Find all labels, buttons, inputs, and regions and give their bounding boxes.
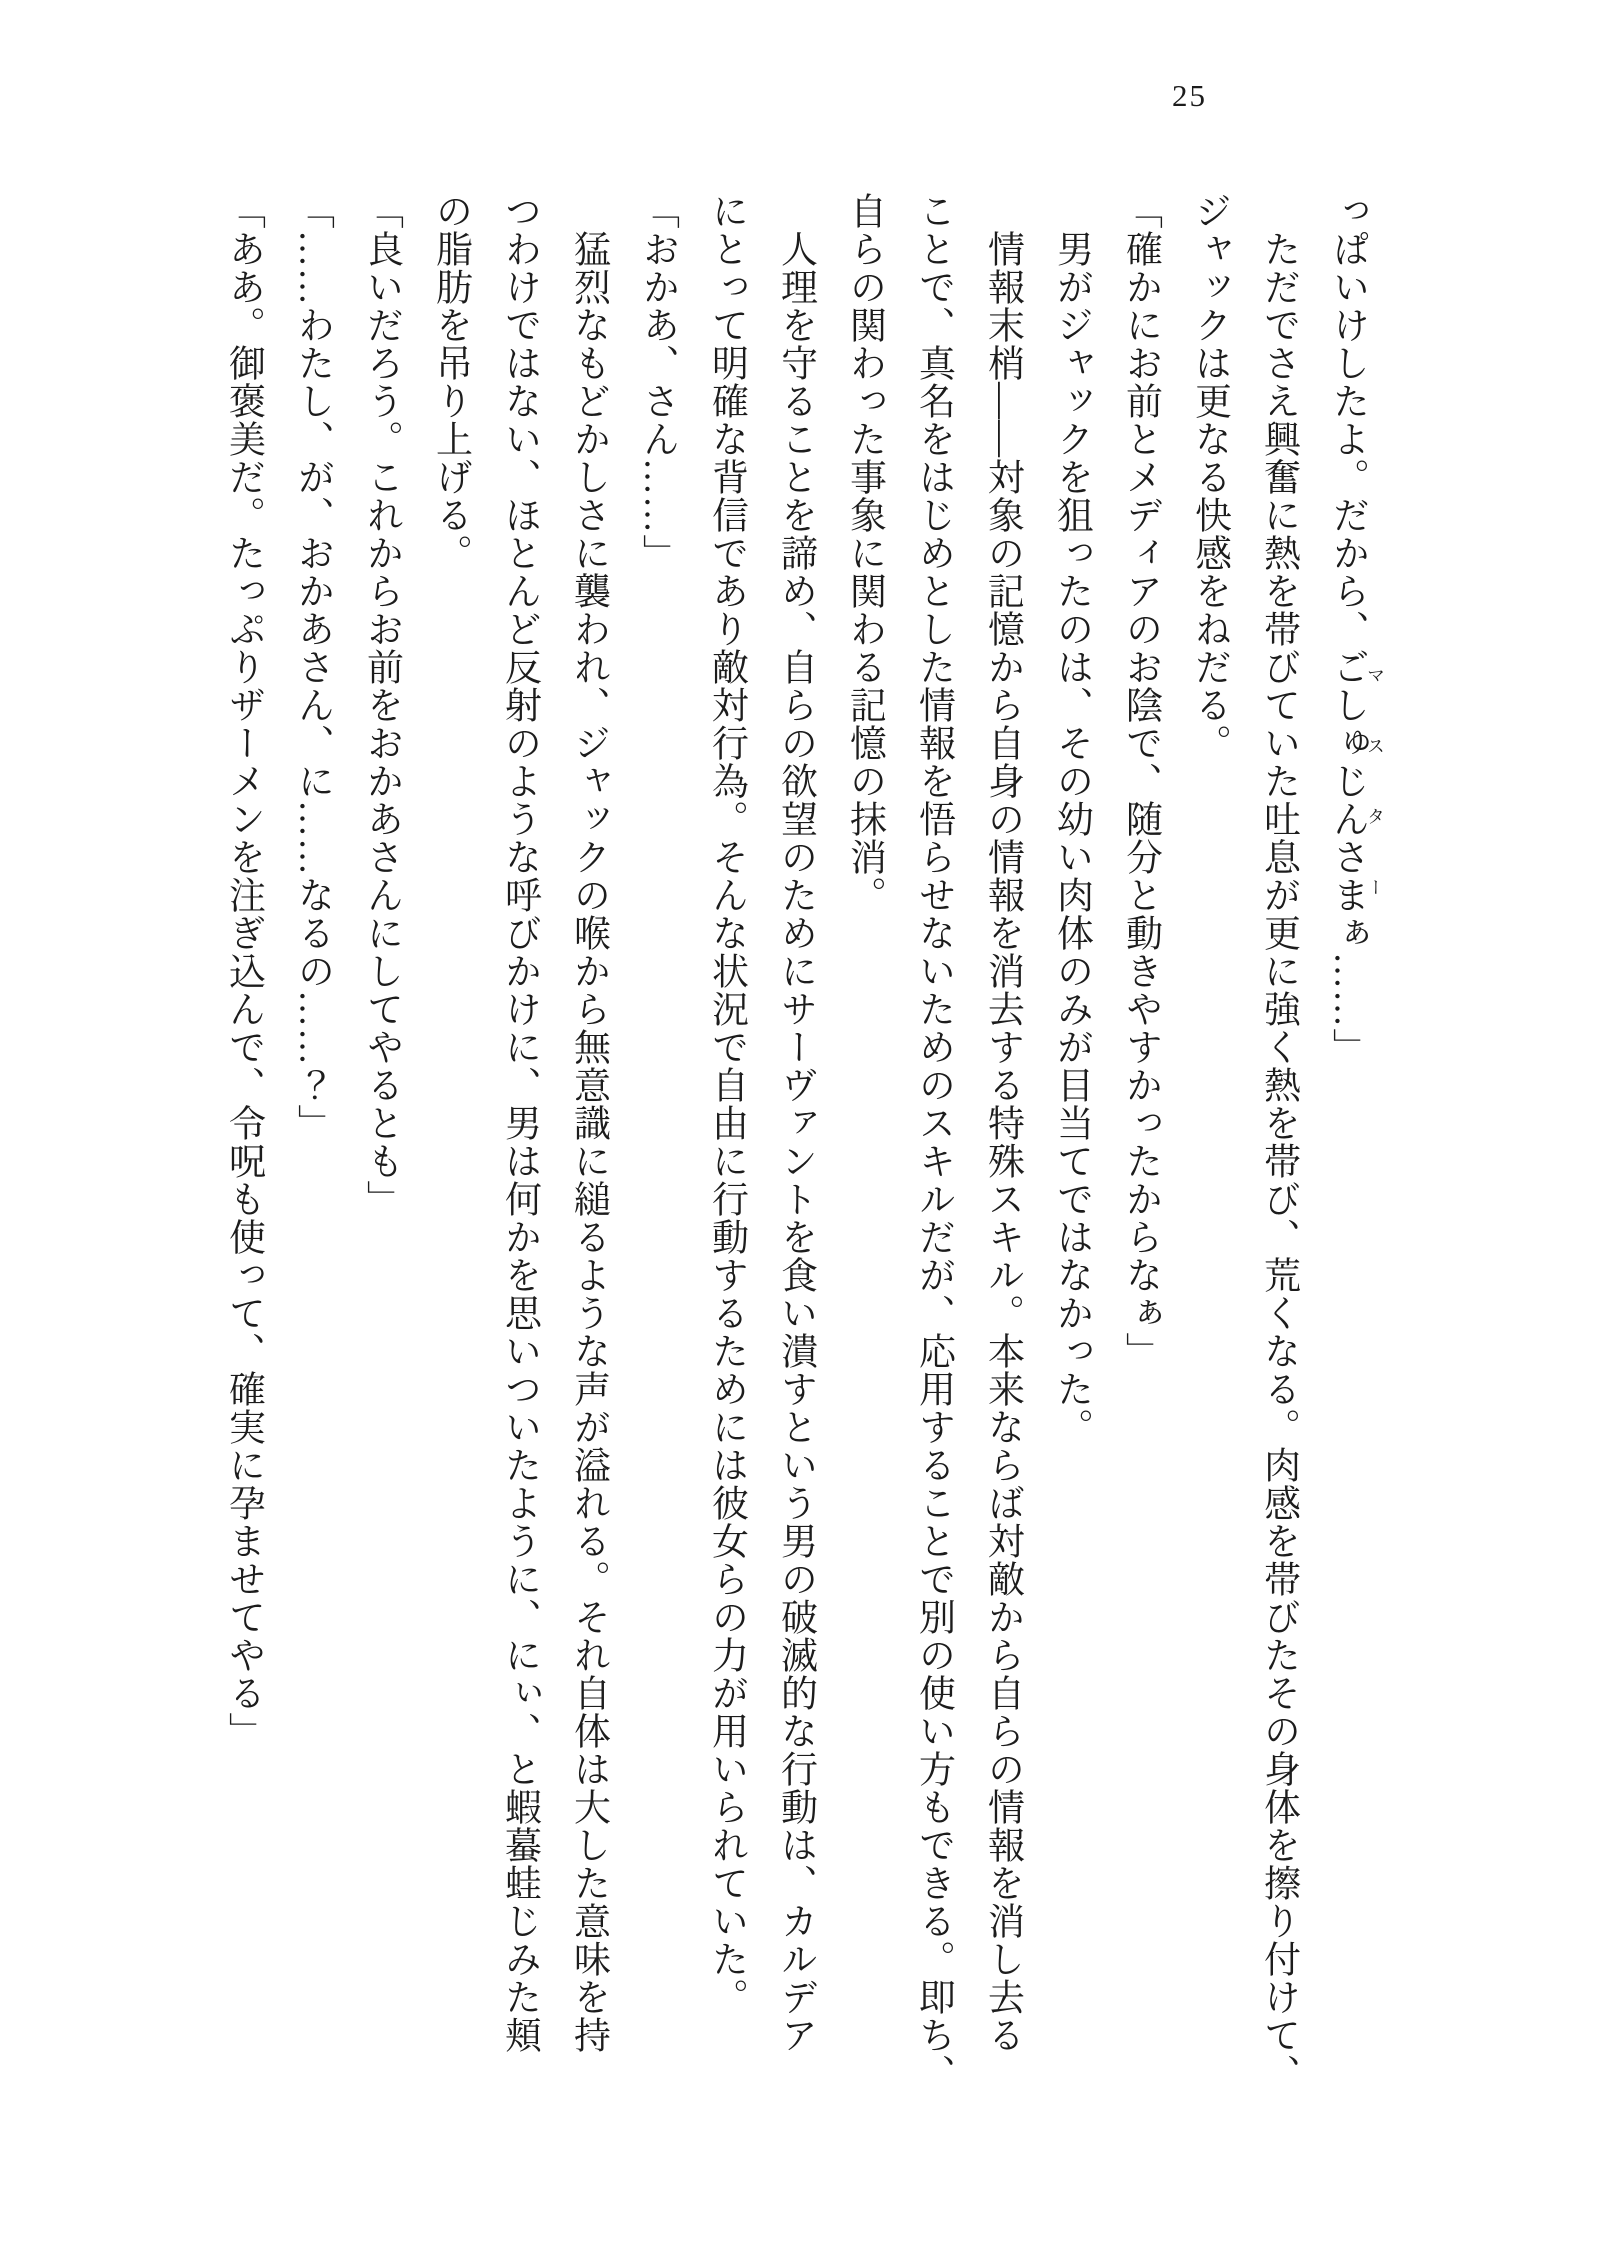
text-line: 「……わたし、が、おかあさん、に……なるの……？」 <box>278 192 347 2137</box>
text-line: 「ああ。御褒美だ。たっぷりザーメンを注ぎ込んで、令呪も使って、確実に孕ませてやる… <box>209 192 278 2137</box>
text-line: つわけではない、ほとんど反射のような呼びかけに、男は何かを思いついたように、にぃ… <box>485 192 554 2137</box>
text-line: 自らの関わった事象に関わる記憶の抹消。 <box>830 192 899 2137</box>
text-line: 猛烈なもどかしさに襲われ、ジャックの喉から無意識に縋るような声が溢れる。それ自体… <box>554 192 623 2137</box>
text-line: ジャックは更なる快感をねだる。 <box>1175 192 1244 2137</box>
text-line: 「確かにお前とメディアのお陰で、随分と動きやすかったからなぁ」 <box>1106 192 1175 2137</box>
text-line: ただでさえ興奮に熱を帯びていた吐息が更に強く熱を帯び、荒くなる。肉感を帯びたその… <box>1244 192 1313 2137</box>
text-line: の脂肪を吊り上げる。 <box>416 192 485 2137</box>
page-number: 25 <box>1172 78 1207 114</box>
text-line: ことで、真名をはじめとした情報を悟らせないためのスキルだが、応用することで別の使… <box>899 192 968 2137</box>
vertical-text-block: っぱいけしたよ。だから、ごしゅじんさまマスターぁ……」ただでさえ興奮に熱を帯びて… <box>209 192 1385 2137</box>
text-line: 「良いだろう。これからお前をおかあさんにしてやるとも」 <box>347 192 416 2137</box>
book-page: 25 っぱいけしたよ。だから、ごしゅじんさまマスターぁ……」ただでさえ興奮に熱を… <box>0 0 1600 2264</box>
text-line: 男がジャックを狙ったのは、その幼い肉体のみが目当てではなかった。 <box>1037 192 1106 2137</box>
ruby-annotated-text: ごしゅじんさまマスター <box>1327 648 1368 914</box>
text-line: にとって明確な背信であり敵対行為。そんな状況で自由に行動するためには彼女らの力が… <box>692 192 761 2137</box>
text-line: っぱいけしたよ。だから、ごしゅじんさまマスターぁ……」 <box>1313 192 1385 2137</box>
text-line: 「おかあ、さん……」 <box>623 192 692 2137</box>
text-line: 情報末梢――対象の記憶から自身の情報を消去する特殊スキル。本来ならば対敵から自ら… <box>968 192 1037 2137</box>
text-line: 人理を守ることを諦め、自らの欲望のためにサーヴァントを食い潰すという男の破滅的な… <box>761 192 830 2137</box>
